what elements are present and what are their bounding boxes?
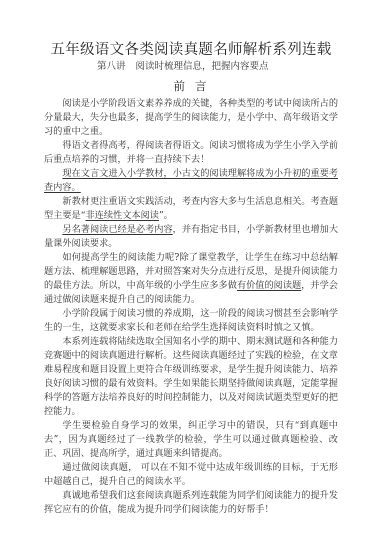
paragraph-text: 阅读是小学阶段语文素养养成的关键，各种类型的考试中阅读所占的分量最大，失分也最多… bbox=[44, 98, 338, 137]
paragraph: 如何提高学生的阅读能力呢?除了课堂教学，让学生在练习中总结解题方法、梳理解题思路… bbox=[44, 251, 338, 307]
paragraph-text: 得语文者得高考，得阅读者得语文。阅读习惯将成为学生小学入学前后重点培养的习惯，并… bbox=[44, 140, 338, 165]
paragraph-text: 本系列连载将陆续选取全国知名小学的期中、期末测试题和各种能力竞赛题中的阅读真题进… bbox=[44, 336, 338, 417]
underlined-text: 现在文言文进入小学教材，小古文的阅读理解将成为小升初的重要考查内容。 bbox=[44, 168, 338, 193]
paragraph-text: ”。 bbox=[159, 210, 173, 221]
document-page: 五年级语文各类阅读真题名师解析系列连载 第八讲阅读时梳理信息，把握内容要点 前言… bbox=[0, 0, 382, 540]
document-title: 五年级语文各类阅读真题名师解析系列连载 bbox=[0, 38, 382, 59]
paragraph: 另名著阅读已经是必考内容，并有指定书目，小学新教材里也增加大量课外阅读要求。 bbox=[44, 223, 338, 251]
paragraph: 本系列连载将陆续选取全国知名小学的期中、期末测试题和各种能力竞赛题中的阅读真题进… bbox=[44, 335, 338, 419]
document-body: 阅读是小学阶段语文素养养成的关键，各种类型的考试中阅读所占的分量最大，失分也最多… bbox=[44, 97, 338, 517]
lecture-topic: 阅读时梳理信息，把握内容要点 bbox=[136, 61, 269, 72]
paragraph: 真诚地希望我们这套阅读真题系列连载能为同学们阅读能力的提升发挥它应有的价值，能成… bbox=[44, 489, 338, 517]
paragraph: 小学阶段属于阅读习惯的养成期，这一阶段的阅读习惯甚至会影响学生的一生，这就要求家… bbox=[44, 307, 338, 335]
lecture-number: 第八讲 bbox=[97, 61, 126, 72]
paragraph: 新教材更注重语文实践活动，考查内容大多与生活息息相关。考查题型主要是“非连续性文… bbox=[44, 195, 338, 223]
lecture-subtitle: 第八讲阅读时梳理信息，把握内容要点 bbox=[97, 58, 269, 72]
paragraph: 现在文言文进入小学教材，小古文的阅读理解将成为小升初的重要考查内容。 bbox=[44, 167, 338, 195]
paragraph-text: 小学阶段属于阅读习惯的养成期，这一阶段的阅读习惯甚至会影响学生的一生，这就要求家… bbox=[44, 308, 338, 333]
paragraph: 通过做阅读真题， 可以在不知不觉中达成年级训练的目标，于无形中超越自己，提升自己… bbox=[44, 461, 338, 489]
underlined-text: 有价值的阅读题 bbox=[237, 280, 301, 291]
underlined-text: 另名著阅读已经是必考内容 bbox=[62, 224, 172, 235]
paragraph: 学生要检验自身学习的效果，纠正学习中的错误，只有“到真题中去”，因为真题经过了一… bbox=[44, 419, 338, 461]
paragraph: 阅读是小学阶段语文素养养成的关键，各种类型的考试中阅读所占的分量最大，失分也最多… bbox=[44, 97, 338, 139]
paragraph-text: 通过做阅读真题， 可以在不知不觉中达成年级训练的目标，于无形中超越自己，提升自己… bbox=[44, 462, 338, 487]
paragraph-text: 学生要检验自身学习的效果，纠正学习中的错误，只有“到真题中去”，因为真题经过了一… bbox=[44, 420, 338, 459]
paragraph: 得语文者得高考，得阅读者得语文。阅读习惯将成为学生小学入学前后重点培养的习惯，并… bbox=[44, 139, 338, 167]
section-heading: 前言 bbox=[0, 78, 382, 94]
underlined-text: 非连续性文本阅读 bbox=[85, 210, 159, 221]
paragraph-text: 真诚地希望我们这套阅读真题系列连载能为同学们阅读能力的提升发挥它应有的价值，能成… bbox=[44, 490, 338, 515]
